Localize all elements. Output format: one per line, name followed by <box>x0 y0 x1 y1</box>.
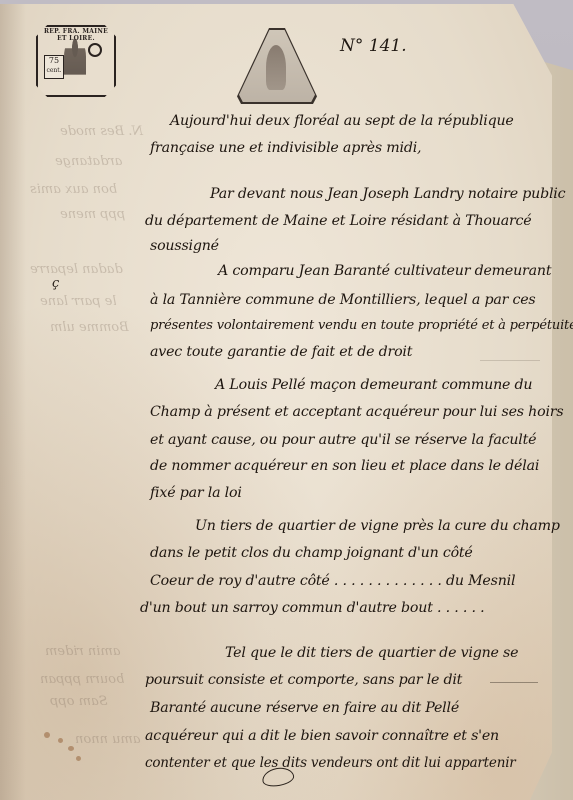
text-line: Un tiers de quartier de vigne près la cu… <box>195 518 560 534</box>
bleed-through-text: ardatange <box>55 154 122 169</box>
seal-figure-icon <box>266 45 286 90</box>
text-line: dans le petit clos du champ joignant d'u… <box>150 545 473 561</box>
text-line: Aujourd'hui deux floréal au sept de la r… <box>170 113 514 129</box>
bleed-through-text: Sam opp <box>50 694 108 709</box>
text-line: à la Tannière commune de Montilliers, le… <box>150 292 536 308</box>
text-line: Par devant nous Jean Joseph Landry notai… <box>210 186 565 202</box>
marianne-figure-icon <box>64 39 86 83</box>
bleed-through-text: bourn pppan <box>40 672 124 687</box>
text-line: d'un bout un sarroy commun d'autre bout … <box>140 600 484 616</box>
margin-mark: ç <box>52 276 59 291</box>
line-filler-stroke <box>480 360 540 361</box>
bleed-through-text: bon aux amis <box>30 182 117 197</box>
bleed-through-text: ppp mene <box>60 207 125 222</box>
ink-stain <box>44 732 50 738</box>
text-line: contenter et que les dits vendeurs ont d… <box>145 755 516 771</box>
document-number: N° 141. <box>340 36 407 56</box>
bleed-through-text: Bomme ulm <box>50 320 129 335</box>
text-line: A Louis Pellé maçon demeurant commune du <box>215 377 532 393</box>
text-line: et ayant cause, ou pour autre qu'il se r… <box>150 432 536 448</box>
text-line: présentes volontairement vendu en toute … <box>150 318 573 333</box>
bleed-through-text: le parr lane <box>40 294 117 309</box>
stamp-value-box: 75 cent. <box>44 55 64 79</box>
bleed-through-text: amu nnon <box>75 732 141 747</box>
revenue-stamp-content: REP. FRA. MAINE ET LOIRE. 75 cent. <box>36 25 112 93</box>
stamp-value: 75 <box>45 56 63 66</box>
text-line: Baranté aucune réserve en faire au dit P… <box>150 700 459 716</box>
text-line: Coeur de roy d'autre côté . . . . . . . … <box>150 573 515 589</box>
text-line: poursuit consiste et comporte, sans par … <box>145 672 462 688</box>
bleed-through-text: N. Bes mode <box>60 124 143 139</box>
text-line: fixé par la loi <box>150 485 242 501</box>
text-line: acquéreur qui a dit le bien savoir conna… <box>145 728 499 744</box>
text-line: A comparu Jean Baranté cultivateur demeu… <box>218 263 551 279</box>
bleed-through-text: amin ridem <box>45 644 120 659</box>
ink-stain <box>76 756 81 761</box>
text-line: Tel que le dit tiers de quartier de vign… <box>225 645 518 661</box>
ink-stain <box>58 738 63 743</box>
text-line: avec toute garantie de fait et de droit <box>150 344 412 360</box>
text-line: soussigné <box>150 238 219 254</box>
line-filler-stroke <box>490 682 538 683</box>
bleed-through-text: dadan leparre <box>30 262 123 277</box>
wreath-icon <box>88 43 102 57</box>
text-line: française une et indivisible après midi, <box>150 140 421 156</box>
stamp-unit: cent. <box>45 66 63 76</box>
ink-stain <box>68 746 74 751</box>
text-line: de nommer acquéreur en son lieu et place… <box>150 458 539 474</box>
text-line: du département de Maine et Loire résidan… <box>145 213 532 229</box>
text-line: Champ à présent et acceptant acquéreur p… <box>150 404 563 420</box>
